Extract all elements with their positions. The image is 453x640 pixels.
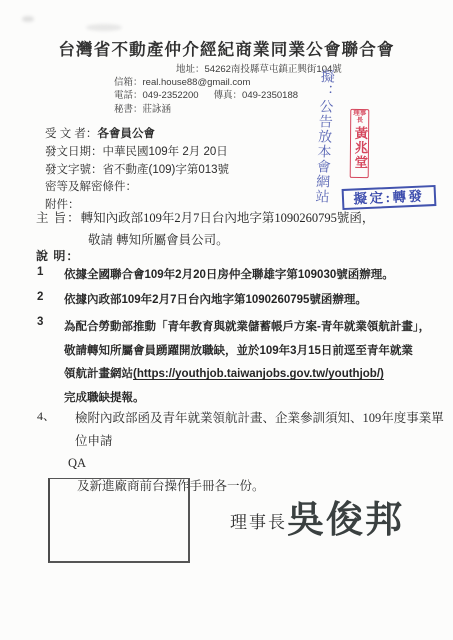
item-text-line3: 領航計畫網站(https://youthjob.taiwanjobs.gov.t… [64, 363, 446, 387]
signature-name: 吳俊邦 [287, 489, 404, 543]
organization-title: 台灣省不動產仲介經紀商業同業公會聯合會 [0, 36, 453, 60]
field-recipient: 受 文 者：各會員公會 [45, 126, 229, 144]
item-text: 依據內政部109年2月7日台內地字第1090260795號函辦理。 [64, 291, 446, 307]
field-label: 密等及解密條件： [45, 181, 137, 193]
stamp-name-text: 黃兆堂 [349, 126, 369, 170]
address-label: 地址： [176, 64, 205, 75]
subject-line1: 轉知內政部109年2月7日台內地字第1090260795號函， [81, 211, 375, 225]
phone-value: 049-2352200 [143, 90, 199, 101]
field-doc-number: 發文字號：省不動產(109)字第013號 [45, 162, 229, 180]
explanation-item-2: 2 依據內政部109年2月7日台內地字第1090260795號函辦理。 [36, 291, 446, 307]
contact-secretary: 秘書：莊詠涵 [114, 103, 342, 116]
item-number: 1 [37, 266, 43, 278]
scanned-official-letter: 台灣省不動產仲介經紀商業同業公會聯合會 地址：54262南投縣草屯鎮正興街104… [0, 0, 453, 640]
field-value: 省不動產(109)字第013號 [103, 164, 230, 176]
subject-label: 主 旨： [36, 211, 81, 225]
field-issue-date: 發文日期：中華民國109年 2月 20日 [45, 144, 229, 162]
explanation-item-1: 1 依據全國聯合會109年2月20日房仲全聯雄字第109030號函辦理。 [36, 266, 446, 282]
contact-block: 地址：54262南投縣草屯鎮正興街104號 信箱：real.house88@gm… [114, 63, 342, 116]
youthjob-url: (https://youthjob.taiwanjobs.gov.tw/yout… [133, 368, 384, 380]
fax-label: 傳真： [214, 90, 243, 101]
item-text-line2: QA [68, 452, 446, 475]
field-value: 各會員公會 [97, 128, 155, 140]
document-meta-fields: 受 文 者：各會員公會 發文日期：中華民國109年 2月 20日 發文字號：省不… [45, 126, 229, 215]
signature-title: 理事長 [230, 508, 287, 533]
field-label: 受 文 者： [45, 128, 97, 140]
contact-phone-fax: 電話：049-2352200傳真：049-2350188 [114, 89, 342, 102]
explanation-item-3: 3 為配合勞動部推動「青年教育與就業儲蓄帳戶方案-青年就業領航計畫」， 敬請轉知… [36, 316, 446, 410]
item-text-line2: 敬請轉知所屬會員踴躍開放職缺，並於109年3月15日前逕至青年就業 [64, 340, 446, 364]
empty-seal-box [48, 478, 190, 563]
fax-value: 049-2350188 [242, 90, 298, 101]
secretary-value: 莊詠涵 [143, 104, 172, 115]
item-number: 3 [37, 316, 43, 328]
contact-email: 信箱：real.house88@gmail.com [114, 76, 342, 89]
explanation-label: 說 明： [36, 247, 79, 264]
subject-section: 主 旨：轉知內政部109年2月7日台內地字第1090260795號函， 敬請 轉… [36, 207, 440, 251]
subject-line2: 敬請 轉知所屬會員公司。 [88, 229, 440, 251]
item-text-line1: 為配合勞動部推動「青年教育與就業儲蓄帳戶方案-青年就業領航計畫」， [64, 316, 446, 340]
scan-smudge [22, 16, 34, 22]
field-value: 中華民國109年 2月 20日 [103, 146, 228, 158]
website-prefix: 領航計畫網站 [64, 368, 133, 380]
item-text-line1: 檢附內政部函及青年就業領航計畫、企業參訓須知、109年度事業單位申請 [75, 407, 446, 452]
chairman-seal-stamp: 理事長 黃兆堂 [350, 109, 370, 178]
stamp-title-text: 理事長 [353, 111, 367, 125]
item-number: 2 [37, 291, 43, 303]
field-label: 發文字號： [45, 164, 103, 176]
email-value: real.house88@gmail.com [143, 77, 251, 88]
item-text: 依據全國聯合會109年2月20日房仲全聯雄字第109030號函辦理。 [64, 266, 446, 282]
email-label: 信箱： [114, 77, 143, 88]
phone-label: 電話： [114, 90, 143, 101]
secretary-label: 秘書： [114, 104, 143, 115]
field-label: 發文日期： [45, 146, 103, 158]
field-classification: 密等及解密條件： [45, 179, 229, 197]
scan-smudge [86, 24, 122, 31]
item-number: 4、 [37, 407, 55, 424]
